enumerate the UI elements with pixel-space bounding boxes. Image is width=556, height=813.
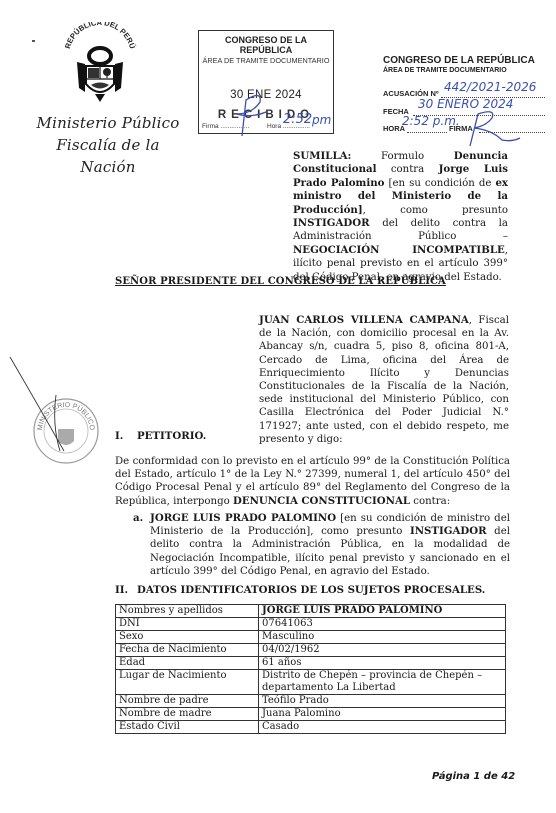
table-key: Nombres y apellidos: [116, 605, 259, 618]
table-key: Lugar de Nacimiento: [116, 670, 259, 695]
table-key: DNI: [116, 618, 259, 631]
sumilla-text: [en su condición de: [384, 178, 495, 189]
hora-handwritten: 2:52 p.m.: [402, 114, 460, 128]
table-row: Lugar de NacimientoDistrito de Chepén – …: [116, 670, 506, 695]
item-a-paragraph: JORGE LUIS PRADO PALOMINO [en su condici…: [150, 512, 510, 578]
section-2-number: II.: [115, 584, 128, 596]
stamp-pm-handwritten: pm: [312, 113, 331, 127]
stamp2-congress-title: CONGRESO DE LA REPÚBLICA: [383, 55, 553, 66]
stamp-area-title: ÁREA DE TRAMITE DOCUMENTARIO: [199, 56, 333, 65]
svg-text:REPÚBLICA DEL PERÚ: REPÚBLICA DEL PERÚ: [63, 22, 137, 50]
acusacion-number-handwritten: 442/2021-2026: [444, 80, 536, 94]
sumilla-bold: NEGOCIACIÓN INCOMPATIBLE: [293, 244, 505, 256]
petitorio-bold: DENUNCIA CONSTITUCIONAL: [233, 495, 410, 507]
accused-name: JORGE LUIS PRADO PALOMINO: [150, 512, 336, 524]
intro-paragraph: JUAN CARLOS VILLENA CAMPANA, Fiscal de l…: [259, 314, 509, 446]
sumilla-text: , como presunto: [363, 205, 508, 216]
hora-dotted-line: [407, 132, 447, 133]
table-value: Juana Palomino: [259, 708, 506, 721]
intro-text: , Fiscal de la Nación, con domicilio pro…: [259, 315, 509, 445]
institution-line-1: Ministerio Público: [33, 112, 183, 134]
stamp-hora-handwritten: 2:52: [283, 112, 312, 127]
table-row: Nombres y apellidosJORGE LUIS PRADO PALO…: [116, 605, 506, 618]
table-value: JORGE LUIS PRADO PALOMINO: [259, 605, 506, 618]
table-key: Edad: [116, 657, 259, 670]
table-value: 61 años: [259, 657, 506, 670]
table-key: Estado Civil: [116, 721, 259, 734]
sumilla-text: contra: [376, 164, 438, 175]
addressee-heading: SEÑOR PRESIDENTE DEL CONGRESO DE LA REPÚ…: [115, 276, 446, 287]
scan-speck: [32, 40, 35, 42]
stamp2-area-title: ÁREA DE TRAMITE DOCUMENTARIO: [383, 67, 553, 74]
table-value: 04/02/1962: [259, 644, 506, 657]
table-value: Teófilo Prado: [259, 695, 506, 708]
table-row: Fecha de Nacimiento04/02/1962: [116, 644, 506, 657]
table-row: DNI07641063: [116, 618, 506, 631]
prosecutor-name: JUAN CARLOS VILLENA CAMPANA: [259, 314, 469, 326]
table-key: Nombre de madre: [116, 708, 259, 721]
petitorio-paragraph: De conformidad con lo previsto en el art…: [115, 455, 510, 508]
table-key: Fecha de Nacimiento: [116, 644, 259, 657]
identification-table: Nombres y apellidosJORGE LUIS PRADO PALO…: [115, 604, 506, 734]
section-2-title: DATOS IDENTIFICATORIOS DE LOS SUJETOS PR…: [137, 584, 485, 596]
table-value: Masculino: [259, 631, 506, 644]
item-a-bold: INSTIGADOR: [410, 525, 487, 537]
table-key: Nombre de padre: [116, 695, 259, 708]
table-value: Casado: [259, 721, 506, 734]
institution-line-2: Fiscalía de la Nación: [33, 134, 183, 178]
table-row: Edad61 años: [116, 657, 506, 670]
section-1-number: I.: [115, 430, 123, 442]
table-row: Estado CivilCasado: [116, 721, 506, 734]
table-value: Distrito de Chepén – provincia de Chepén…: [259, 670, 506, 695]
sumilla-bold: INSTIGADOR: [293, 217, 370, 229]
table-key: Sexo: [116, 631, 259, 644]
item-a-marker: a.: [133, 512, 143, 524]
table-row: Nombre de padreTeófilo Prado: [116, 695, 506, 708]
signature-icon: [462, 108, 522, 148]
signature-stroke-icon: [8, 355, 68, 455]
table-row: SexoMasculino: [116, 631, 506, 644]
peru-coat-of-arms-icon: REPÚBLICA DEL PERÚ: [55, 22, 145, 107]
sumilla-text: Formulo: [351, 151, 454, 162]
sumilla-label: SUMILLA:: [293, 150, 351, 162]
institution-name: Ministerio Público Fiscalía de la Nación: [33, 112, 183, 178]
table-row: Nombre de madreJuana Palomino: [116, 708, 506, 721]
signature-scribble-icon: [222, 88, 272, 138]
table-value: 07641063: [259, 618, 506, 631]
stamp-congress-title: CONGRESO DE LA REPÚBLICA: [199, 35, 333, 55]
petitorio-end: contra:: [410, 496, 450, 507]
sumilla-block: SUMILLA: Formulo Denuncia Constitucional…: [293, 150, 508, 284]
section-1-title: PETITORIO.: [137, 430, 206, 442]
page-number: Página 1 de 42: [432, 771, 515, 782]
